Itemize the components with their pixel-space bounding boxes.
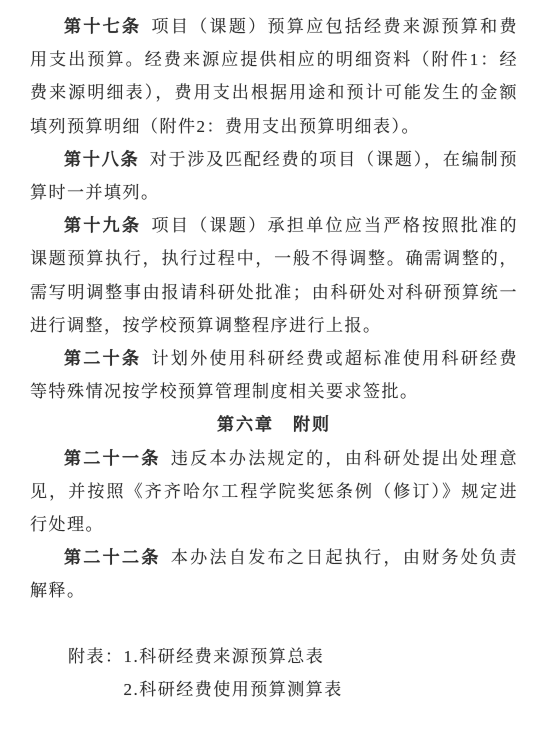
article-22-number: 第二十二条 bbox=[64, 548, 161, 567]
appendix-label: 附表： bbox=[68, 640, 124, 706]
appendix-items: 1.科研经费来源预算总表 2.科研经费使用预算测算表 bbox=[124, 640, 519, 706]
article-21-number: 第二十一条 bbox=[64, 449, 161, 468]
article-20-paragraph: 第二十条计划外使用科研经费或超标准使用科研经费等特殊情况按学校预算管理制度相关要… bbox=[30, 342, 518, 408]
article-19-number: 第十九条 bbox=[64, 216, 141, 235]
chapter-6-heading: 第六章 附则 bbox=[30, 408, 518, 441]
article-22-paragraph: 第二十二条本办法自发布之日起执行，由财务处负责解释。 bbox=[30, 541, 518, 607]
appendix-table-list: 附表： 1.科研经费来源预算总表 2.科研经费使用预算测算表 bbox=[68, 640, 518, 706]
article-19-paragraph: 第十九条项目（课题）承担单位应当严格按照批准的课题预算执行，执行过程中，一般不得… bbox=[30, 209, 518, 342]
scanned-document-page: 第十七条项目（课题）预算应包括经费来源预算和费用支出预算。经费来源应提供相应的明… bbox=[0, 0, 548, 754]
appendix-item-2: 2.科研经费使用预算测算表 bbox=[124, 673, 519, 706]
article-17-number: 第十七条 bbox=[64, 17, 141, 36]
article-21-paragraph: 第二十一条违反本办法规定的，由科研处提出处理意见，并按照《齐齐哈尔工程学院奖惩条… bbox=[30, 442, 518, 542]
article-18-number: 第十八条 bbox=[64, 150, 139, 169]
article-17-paragraph: 第十七条项目（课题）预算应包括经费来源预算和费用支出预算。经费来源应提供相应的明… bbox=[30, 10, 518, 143]
article-20-number: 第二十条 bbox=[64, 349, 141, 368]
article-18-paragraph: 第十八条对于涉及匹配经费的项目（课题），在编制预算时一并填列。 bbox=[30, 143, 518, 209]
appendix-item-1: 1.科研经费来源预算总表 bbox=[124, 640, 519, 673]
